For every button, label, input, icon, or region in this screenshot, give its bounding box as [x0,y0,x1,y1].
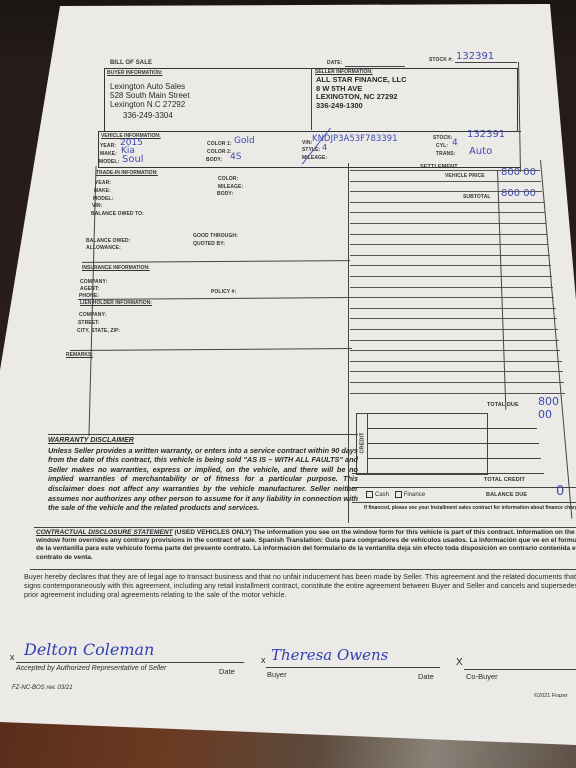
credit-row [367,458,541,459]
vehicle-body: 4S [230,152,241,162]
buyer-info: Lexington Auto Sales 528 South Main Stre… [110,82,190,120]
total-credit-label: TOTAL CREDIT [484,477,525,483]
credit-row [367,443,539,444]
vehicle-body-label: BODY: [206,157,222,163]
insurance-policy-label: POLICY #: [211,289,236,295]
settlement-row-line [350,170,540,171]
disclosure-title: CONTRACTUAL DISCLOSURE STATEMENT [36,529,173,536]
vehicle-price-label: VEHICLE PRICE [445,173,485,179]
buyer-street: 528 South Main Street [110,91,190,100]
declaration-text: Buyer hereby declares that they are of l… [24,572,576,599]
date-label: DATE: [327,60,342,66]
lienholder-company-label: COMPANY: [79,312,106,318]
bill-of-sale-document: BILL OF SALE DATE: STOCK #: 132391 BUYER… [0,0,576,768]
balance-due-label: BALANCE DUE [486,492,527,498]
settlement-row-line [350,181,541,182]
tradein-year-label: YEAR: [95,180,111,186]
insurance-section-label: INSURANCE INFORMATION: [82,265,150,271]
cobuyer-signature-line[interactable] [464,669,576,670]
cash-checkbox[interactable] [366,491,373,498]
vehicle-stock-label: STOCK: [433,135,453,141]
tradein-model-label: MODEL: [93,196,113,202]
vehicle-model-label: MODEL: [99,159,119,165]
seller-phone: 336-249-1300 [316,102,407,111]
form-title: BILL OF SALE [110,60,152,66]
settlement-row-line [350,361,562,362]
vehicle-trans: Auto [469,146,492,157]
settlement-row-line [350,308,556,309]
seller-rep-signature[interactable]: Delton Coleman [24,640,154,659]
tradein-allowance-label: ALLOWANCE: [86,245,121,251]
date-line [345,66,405,67]
insurance-company-label: COMPANY: [80,279,107,285]
vehicle-trans-label: TRANS: [436,151,456,157]
seller-x-mark: x [10,652,15,662]
remarks-section-label: REMARKS: [66,352,93,358]
vehicle-cyl-label: CYL: [436,143,448,149]
settlement-row-line [350,382,564,383]
settlement-row-line [350,297,554,298]
copyright: ©2021 Frazer [534,693,568,699]
buyer-label: Buyer [267,670,287,679]
buyer-x-mark: x [261,655,266,665]
seller-date-label: Date [219,667,235,676]
vehicle-color1: Gold [234,136,255,146]
buyer-section-label: BUYER INFORMATION: [107,70,162,76]
tradein-mileage-label: MILEAGE: [218,184,243,190]
tradein-make-label: MAKE: [94,188,111,194]
vehicle-style: 4 [322,143,327,152]
settlement-row-line [350,371,563,372]
settlement-row-line [350,287,553,288]
subtotal-label: SUBTOTAL [463,194,491,200]
lienholder-city-label: CITY, STATE, ZIP: [77,328,120,334]
settlement-row-line [350,393,565,394]
settlement-row-line [350,350,560,351]
settlement-row-line [350,191,542,192]
settlement-row-line [350,255,550,256]
settlement-row-line [350,318,557,319]
stock-label: STOCK #: [429,57,453,63]
settlement-row-line [350,276,552,277]
vehicle-color2-label: COLOR 2: [207,149,232,155]
insurance-divider [82,260,350,263]
payment-type: Cash Finance [366,491,425,498]
tradein-body-label: BODY: [217,191,233,197]
tradein-good-through-label: GOOD THROUGH: [193,233,238,239]
buyer-date-label: Date [418,672,434,681]
vehicle-color1-label: COLOR 1: [207,141,232,147]
balance-due-line [352,502,576,503]
cobuyer-label: Co-Buyer [466,672,498,681]
cobuyer-x-mark: X [456,657,463,668]
cash-label: Cash [375,492,389,498]
buyer-signature-line [266,667,440,668]
settlement-row-line [350,340,559,341]
credit-row [367,428,537,429]
tradein-balance-owed-label: BALANCE OWED: [86,238,130,244]
form-code: FZ-NC-BOS rev. 03/21 [12,685,73,691]
seller-signature-line [16,662,244,663]
settlement-row-line [350,244,548,245]
settlement-row-line [350,212,545,213]
lienholder-street-label: STREET: [78,320,100,326]
vehicle-vin-label: VIN: [302,140,312,146]
balance-due: 0 [556,484,564,499]
credit-label: CREDIT [360,432,366,453]
settlement-row-line [350,234,547,235]
lienholder-section-label: LIEN HOLDER INFORMATION: [80,300,152,306]
seller-info: ALL STAR FINANCE, LLC 8 W 5TH AVE LEXING… [316,76,407,110]
credit-row [352,473,544,474]
vehicle-cyl: 4 [452,138,458,148]
total-credit-line [352,487,576,488]
remarks-divider [70,348,352,351]
vehicle-year-label: YEAR: [100,143,116,149]
disclosure-block: CONTRACTUAL DISCLOSURE STATEMENT (USED V… [36,529,576,562]
vehicle-price: 800 00 [501,167,536,178]
total-due: 800 00 [538,395,576,421]
vehicle-model: Soul [122,154,144,165]
disclosure-top-line [34,527,576,528]
seller-rep-label: Accepted by Authorized Representative of… [16,665,166,672]
warranty-block: WARRANTY DISCLAIMER Unless Seller provid… [48,436,358,513]
vehicle-stock: 132391 [467,129,505,140]
finance-checkbox[interactable] [395,491,402,498]
buyer-seller-divider [311,68,312,130]
settlement-row-line [350,265,551,266]
tradein-color-label: COLOR: [218,176,238,182]
buyer-city: Lexington N.C 27292 [110,100,190,109]
tradein-quoted-by-label: QUOTED BY: [193,241,225,247]
stock-line [455,62,517,63]
warranty-title: WARRANTY DISCLAIMER [48,436,358,446]
vehicle-make-label: MAKE: [100,151,117,157]
tradein-balance-owed-to-label: BALANCE OWED TO: [91,211,144,217]
buyer-phone: 336-249-3304 [123,111,190,120]
stock-value: 132391 [456,51,494,62]
disclosure-bottom-line [30,569,576,570]
buyer-signature[interactable]: Theresa Owens [271,646,388,664]
tradein-section-label: TRADE-IN INFORMATION: [96,170,158,176]
total-due-label: TOTAL DUE [487,402,519,408]
settlement-row-line [350,223,546,224]
settlement-row-line [350,329,558,330]
insurance-agent-label: AGENT: [80,286,99,292]
subtotal: 800 00 [501,188,536,199]
finance-label: Finance [404,492,425,498]
warranty-text: Unless Seller provides a written warrant… [48,446,358,513]
warranty-divider [48,434,358,435]
buyer-name: Lexington Auto Sales [110,82,190,91]
financed-note: If financed, please see your Installment… [364,505,576,512]
settlement-amount-divider [497,170,506,410]
tradein-vin-label: VIN: [92,203,102,209]
settlement-row-line [350,202,544,203]
credit-box [356,413,488,475]
